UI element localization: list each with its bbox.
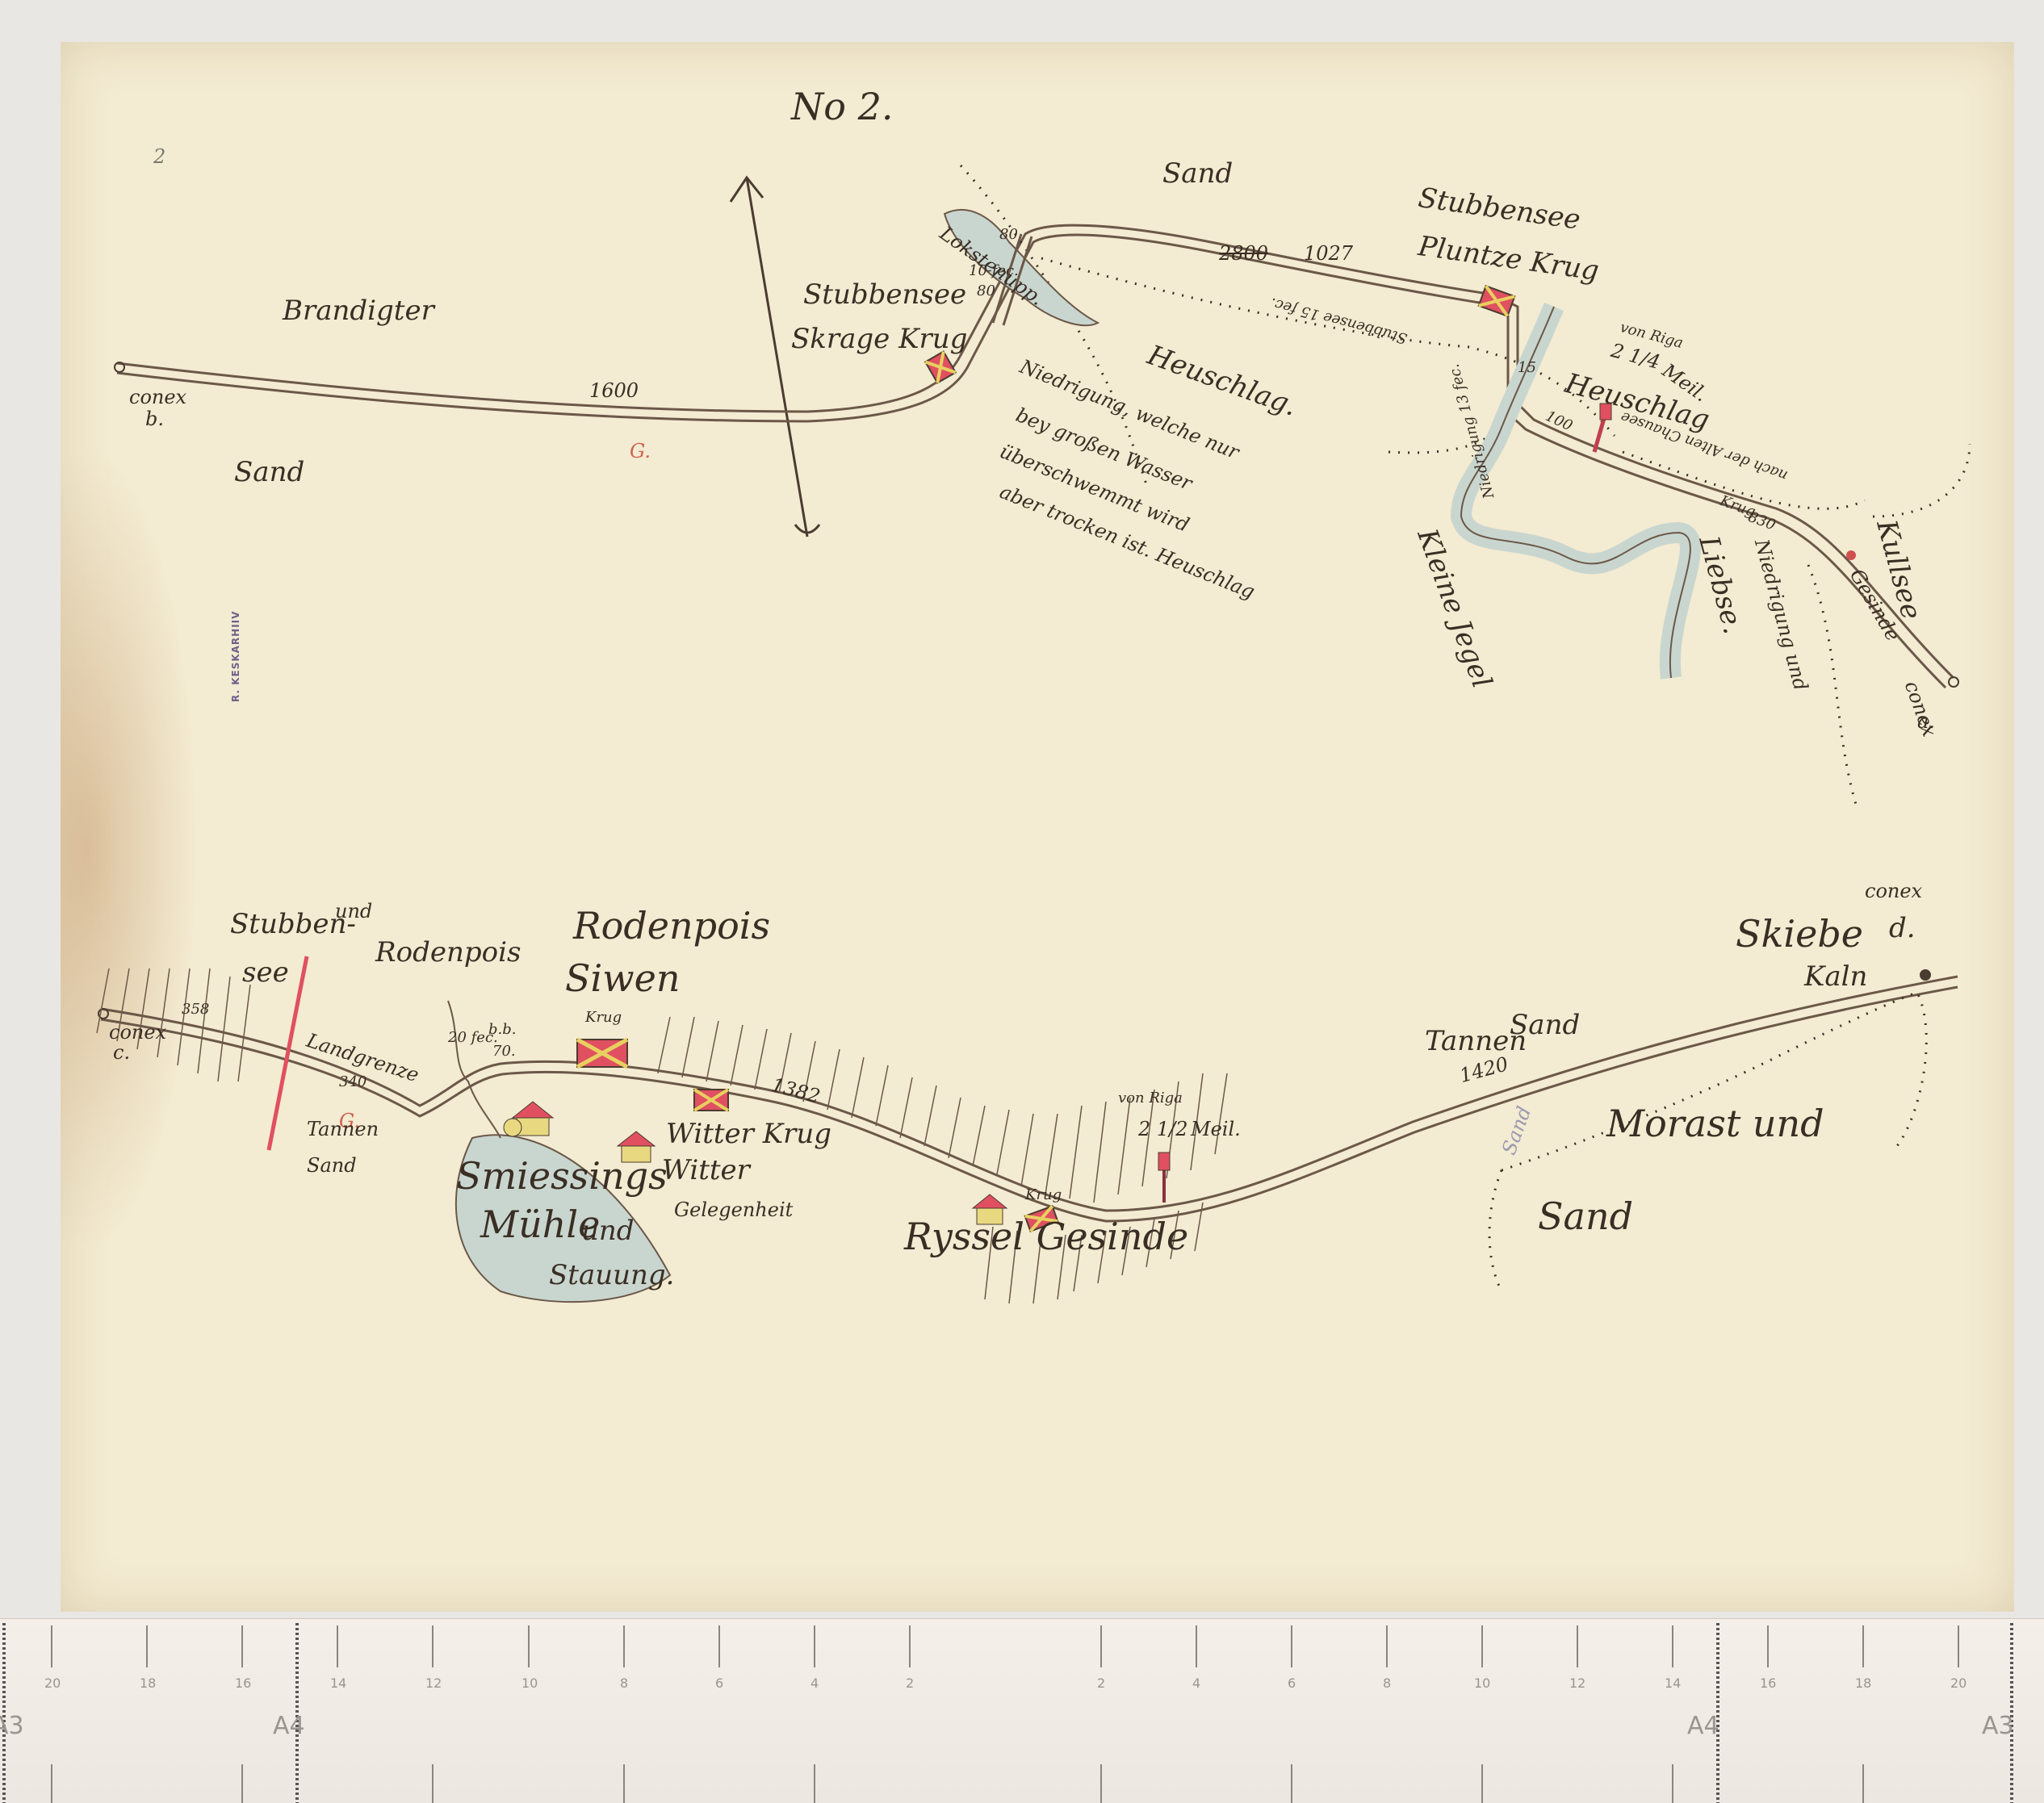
field-label-brandigter: Brandigter: [283, 295, 434, 327]
milestone-unit: Meil.: [1191, 1118, 1241, 1140]
mill-label-stauung: Stauung.: [549, 1259, 675, 1291]
estate-label-gelegenheit: Gelegenheit: [674, 1199, 793, 1221]
ruler-number: 6: [715, 1675, 723, 1691]
bridge-number: 15: [1518, 359, 1536, 376]
forest-label-tannen: Tannen: [307, 1118, 379, 1140]
lake-measure: 80: [999, 226, 1018, 243]
region-label-see: see: [242, 956, 289, 989]
paper-size-label: A3: [0, 1712, 24, 1740]
ruler-number: 18: [140, 1675, 156, 1691]
red-marker-g: G.: [630, 440, 651, 462]
corner-pencil-number: 2: [153, 145, 165, 168]
field-label-sand-top: Sand: [1162, 157, 1233, 190]
conex-c-letter: c.: [113, 1041, 130, 1064]
paper-size-label: A3: [1982, 1712, 2014, 1740]
bridge-measure: 70.: [492, 1043, 516, 1060]
inn-name-stubbensee: Stubbensee: [803, 278, 966, 311]
ruler-number: 4: [810, 1675, 819, 1691]
forest-label-sand-right: Sand: [1510, 1009, 1580, 1041]
paper-size-label: A4: [273, 1712, 305, 1740]
sheet-number: No 2.: [791, 85, 893, 128]
struck-distance: 2800: [1219, 242, 1268, 265]
distance-label: 1600: [589, 379, 639, 402]
measuring-scale: 20 18 16 14 12 10 8 6 4 2 2 4 6 8 10 12 …: [0, 1618, 2044, 1803]
conex-d-letter: d.: [1889, 912, 1916, 944]
inn-name-skrage-krug: Skrage Krug: [791, 323, 967, 355]
milestone-from: von Riga: [1118, 1090, 1183, 1106]
region-label-rodenpois: Rodenpois: [375, 936, 521, 968]
inn-name-rodenpois: Rodenpois: [573, 904, 770, 948]
inn-name-siwen: Siwen: [565, 956, 680, 1000]
ruler-number: 8: [1383, 1675, 1391, 1691]
conex-a-letter: a.: [1917, 710, 1935, 733]
ruler-number: 20: [1950, 1675, 1967, 1691]
distance-label: 358: [182, 1001, 209, 1018]
mill-icon: [504, 1102, 553, 1136]
ruler-number: 12: [425, 1675, 442, 1691]
conex-c-label: conex: [109, 1021, 166, 1044]
inn-sub-krug: Krug: [585, 1009, 622, 1026]
inn-icon: [1479, 286, 1515, 316]
ruler-number: 10: [1474, 1675, 1490, 1691]
ruler-number: 16: [1760, 1675, 1776, 1691]
sand-label: Sand: [1538, 1194, 1633, 1238]
ruler-number: 4: [1192, 1675, 1200, 1691]
field-label-sand: Sand: [234, 456, 304, 488]
archive-stamp: R. KESKARHIIV: [230, 611, 241, 702]
inn-icon: [694, 1090, 728, 1111]
estate-label-witter: Witter: [662, 1154, 750, 1186]
conex-a-marker: [1949, 677, 1958, 687]
lower-road: [101, 977, 1958, 1221]
inn-name-witter-krug: Witter Krug: [666, 1118, 831, 1150]
milestone-icon: [1158, 1152, 1170, 1203]
mill-label-smiessings: Smiessings: [456, 1154, 668, 1198]
lake-measure: 80: [977, 282, 995, 299]
ruler-number: 6: [1288, 1675, 1296, 1691]
ruler-number: 2: [1097, 1675, 1105, 1691]
village-label-ryssel: Ryssel Gesinde: [904, 1215, 1188, 1258]
conex-b-letter: b.: [145, 408, 164, 430]
paper-size-label: A4: [1687, 1712, 1719, 1740]
ruler-number: 14: [1665, 1675, 1681, 1691]
distance-label: 340: [339, 1073, 366, 1090]
conex-b-label: conex: [129, 386, 186, 408]
und-label: und: [335, 900, 372, 922]
milestone-distance: 2 1/2: [1138, 1118, 1188, 1140]
end-label-skiebe: Skiebe: [1736, 912, 1863, 956]
map-drawing: [0, 0, 2044, 1803]
conex-d-label: conex: [1865, 880, 1922, 902]
ruler-number: 14: [330, 1675, 346, 1691]
krug-small-label: Krug: [1025, 1186, 1062, 1203]
ruler-number: 20: [44, 1675, 61, 1691]
distance-label: 1027: [1304, 242, 1353, 265]
ruler-number: 18: [1855, 1675, 1871, 1691]
ruler-number: 16: [235, 1675, 251, 1691]
conex-d-marker: [1920, 970, 1930, 980]
ruler-number: 2: [906, 1675, 914, 1691]
bridge-measure: b.b.: [488, 1021, 517, 1038]
inn-icon: [577, 1040, 627, 1067]
end-label-kaln: Kaln: [1804, 960, 1867, 993]
north-arrow-icon: [731, 178, 819, 537]
forest-label-sand: Sand: [307, 1154, 357, 1177]
mill-label-und: und: [581, 1215, 635, 1247]
inn-icon: [925, 352, 956, 383]
settlement-dot: [1846, 550, 1856, 560]
swamp-label: Morast und: [1606, 1102, 1824, 1145]
ruler-number: 12: [1569, 1675, 1585, 1691]
ruler-number: 10: [521, 1675, 538, 1691]
ruler-number: 8: [620, 1675, 628, 1691]
lake-measure: 10 fec.: [969, 262, 1019, 279]
